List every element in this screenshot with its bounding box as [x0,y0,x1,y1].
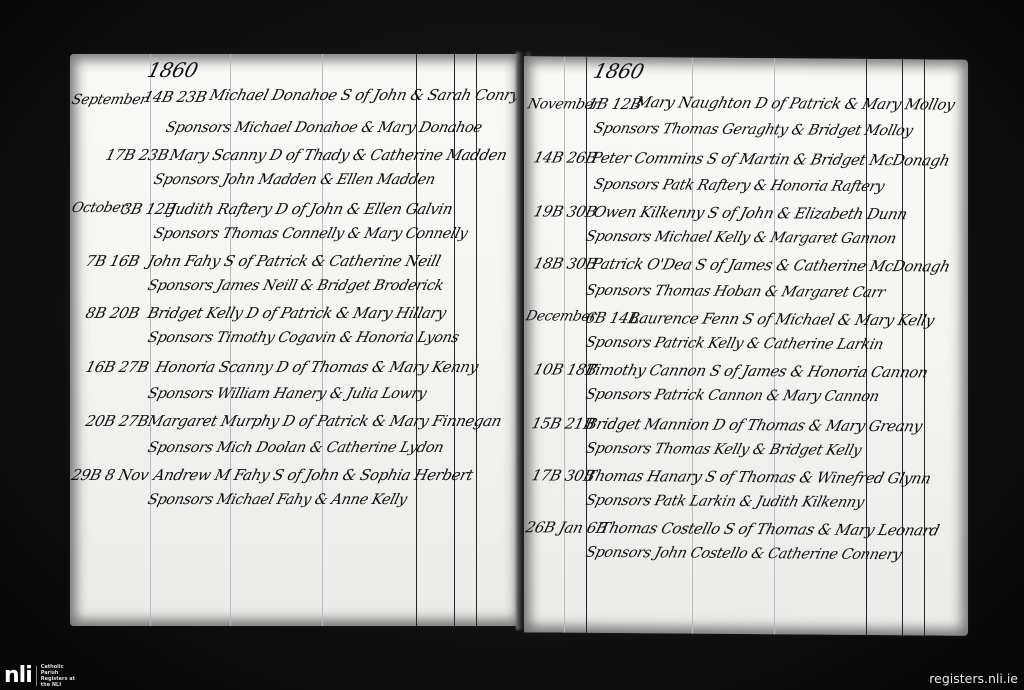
entry-date: 8B 20B [84,304,142,322]
sponsors-line: Sponsors Thomas Connelly & Mary Connelly [152,226,469,242]
sponsors-line: Sponsors Timothy Cogavin & Honoria Lyons [146,330,461,346]
baptism-entry: Thomas Costello S of Thomas & Mary Leona… [598,519,941,540]
logo-divider [36,666,37,686]
baptism-entry: Peter Commins S of Martin & Bridget McDo… [590,149,952,170]
entry-month: September [70,92,148,108]
sponsors-line: Sponsors Patk Raftery & Honoria Raftery [592,177,886,195]
register-page-right: 1860 November 1B 12B Mary Naughton D of … [524,56,968,635]
sponsors-line: Sponsors Patk Larkin & Judith Kilkenny [584,493,865,511]
entry-date: 17B 23B [104,146,171,164]
baptism-entry: Owen Kilkenny S of John & Elizabeth Dunn [592,203,909,223]
register-year: 1860 [591,59,646,83]
sponsors-line: Sponsors Michael Donahoe & Mary Donahoe [164,120,484,136]
baptism-entry: Timothy Cannon S of James & Honoria Cann… [584,361,930,382]
entry-date: 14B 26B [532,148,599,166]
sponsors-line: Sponsors Michael Kelly & Margaret Gannon [584,229,898,247]
sponsors-line: Sponsors Mich Doolan & Catherine Lydon [146,440,445,456]
column-rule [564,57,565,633]
sponsors-line: Sponsors Michael Fahy & Anne Kelly [146,492,408,508]
nli-logo-caption: Catholic Parish Registers at the NLI [41,664,81,688]
nli-logo-mark: nli [4,665,32,687]
entry-date: 18B 30B [532,254,599,272]
caption-line: Catholic Parish [41,664,81,676]
register-page-left: 1860 September 14B 23B Michael Donahoe S… [70,54,522,626]
baptism-entry: Margaret Murphy D of Patrick & Mary Finn… [146,412,504,430]
sponsors-line: Sponsors Patrick Kelly & Catherine Larki… [584,335,885,353]
entry-date: 19B 30B [532,202,599,220]
baptism-entry: Honoria Scanny D of Thomas & Mary Kenny [154,358,480,376]
baptism-entry: Bridget Kelly D of Patrick & Mary Hillar… [146,304,448,322]
caption-line: the NLI [41,682,81,688]
sponsors-line: Sponsors Thomas Kelly & Bridget Kelly [584,441,863,459]
baptism-entry: John Fahy S of Patrick & Catherine Neill [146,252,443,270]
register-year: 1860 [145,58,200,82]
baptism-entry: Thomas Hanary S of Thomas & Winefred Gly… [584,467,933,488]
entry-date: 29B 8 Nov [70,466,151,484]
sponsors-line: Sponsors Patrick Cannon & Mary Cannon [584,387,881,405]
baptism-entry: Patrick O'Dea S of James & Catherine McD… [590,255,952,276]
baptism-entry: Bridget Mannion D of Thomas & Mary Grean… [584,415,924,436]
entry-date: 26B Jan 6B [524,518,609,537]
sponsors-line: Sponsors Thomas Geraghty & Bridget Mollo… [592,121,914,139]
entry-date: 14B 23B [142,88,209,106]
nli-logo[interactable]: nli Catholic Parish Registers at the NLI [4,664,81,688]
baptism-entry: Mary Naughton D of Patrick & Mary Molloy [634,93,957,113]
site-url-link[interactable]: registers.nli.ie [929,671,1018,686]
entry-date: 20B 27B [84,412,151,430]
sponsors-line: Sponsors James Neill & Bridget Broderick [146,278,445,294]
entry-date: 7B 16B [84,252,142,270]
register-image-viewer[interactable]: 1860 September 14B 23B Michael Donahoe S… [0,0,1024,690]
baptism-entry: Judith Raftery D of John & Ellen Galvin [168,200,455,218]
sponsors-line: Sponsors Thomas Hoban & Margaret Carr [584,283,886,301]
baptism-entry: Andrew M Fahy S of John & Sophia Herbert [152,466,475,484]
sponsors-line: Sponsors John Madden & Ellen Madden [152,172,437,188]
sponsors-line: Sponsors William Hanery & Julia Lowry [146,386,428,402]
baptism-entry: Michael Donahoe S of John & Sarah Conry [208,86,522,104]
column-rule [924,59,925,635]
entry-date: 16B 27B [84,358,151,376]
column-rule [476,54,477,626]
baptism-entry: Mary Scanny D of Thady & Catherine Madde… [168,146,509,164]
baptism-entry: Laurence Fenn S of Michael & Mary Kelly [628,309,936,329]
sponsors-line: Sponsors John Costello & Catherine Conne… [584,545,903,563]
